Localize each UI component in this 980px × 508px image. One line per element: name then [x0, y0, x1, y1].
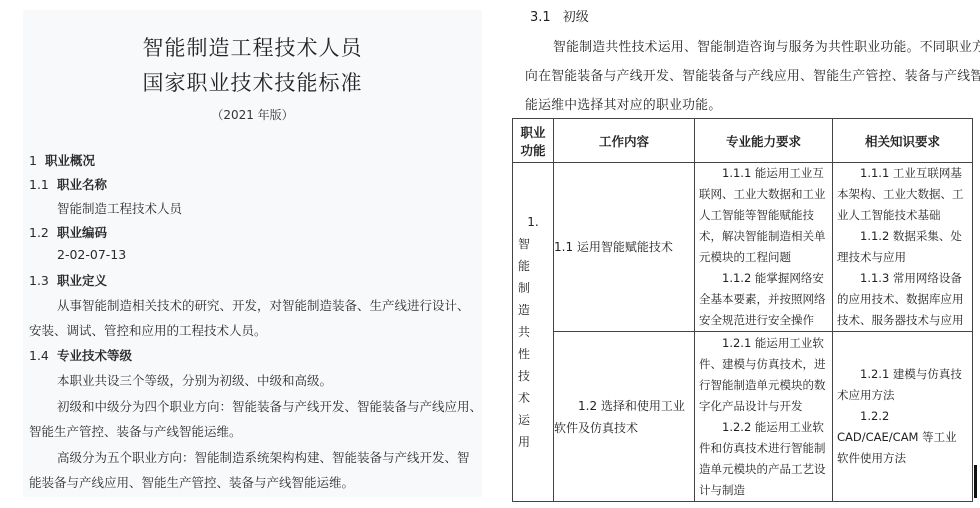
left-page-document: 智能制造工程技术人员 国家职业技术技能标准 （2021 年版） 1职业概况 1.… — [23, 10, 482, 497]
document-title-line2: 国家职业技术技能标准 — [23, 67, 482, 97]
occupation-code: 2-02-07-13 — [57, 247, 126, 262]
definition-line1: 从事智能制造相关技术的研究、开发，对智能制造装备、生产线进行设计、 — [57, 296, 470, 314]
directions-senior-line1: 高级分为五个职业方向：智能制造系统架构构建、智能装备与产线开发、智 — [57, 448, 470, 466]
document-title-line1: 智能制造工程技术人员 — [23, 32, 482, 62]
directions-junior-line1: 初级和中级分为四个职业方向：智能装备与产线开发、智能装备与产线应用、 — [57, 397, 482, 415]
table-row: 1.2 选择和使用工业软件及仿真技术 1.2.1 能运用工业软件、建模与仿真技术… — [513, 332, 973, 502]
section-heading-1-4: 1.4专业技术等级 — [29, 346, 132, 364]
work-content-cell: 1.1 运用智能赋能技术 — [554, 163, 695, 332]
section-heading-1-1: 1.1职业名称 — [29, 175, 107, 193]
table-header-row: 职业 功能 工作内容 专业能力要求 相关知识要求 — [513, 119, 973, 163]
text-cursor-bar — [974, 465, 977, 498]
section-heading-1: 1职业概况 — [29, 151, 95, 169]
intro-line1: 智能制造共性技术运用、智能制造咨询与服务为共性职业功能。不同职业方 — [553, 36, 980, 55]
section-heading-1-2: 1.2职业编码 — [29, 223, 107, 241]
occupation-name: 智能制造工程技术人员 — [57, 199, 182, 217]
table-row: 1. 智能制造共性技术运用 1.1 运用智能赋能技术 1.1.1 能运用工业互联… — [513, 163, 973, 332]
directions-junior-line2: 智能生产管控、装备与产线智能运维。 — [29, 422, 242, 440]
work-content-cell: 1.2 选择和使用工业软件及仿真技术 — [554, 332, 695, 502]
header-skill-requirements: 专业能力要求 — [695, 119, 833, 163]
document-version: （2021 年版） — [23, 106, 482, 123]
header-work-content: 工作内容 — [554, 119, 695, 163]
levels-line: 本职业共设三个等级，分别为初级、中级和高级。 — [57, 371, 332, 389]
competency-table: 职业 功能 工作内容 专业能力要求 相关知识要求 1. 智能制造共性技术运用 1… — [512, 118, 973, 502]
definition-line2: 安装、调试、管控和应用的工程技术人员。 — [29, 321, 267, 339]
skills-cell: 1.2.1 能运用工业软件、建模与仿真技术，进行智能制造单元模块的数字化产品设计… — [695, 332, 833, 502]
section-heading-3-1: 3.1初级 — [530, 6, 589, 25]
knowledge-cell: 1.2.1 建模与仿真技术应用方法 1.2.2 CAD/CAE/CAM 等工业软… — [833, 332, 973, 502]
function-label: 智能制造共性技术运用 — [518, 233, 548, 453]
header-knowledge-requirements: 相关知识要求 — [833, 119, 973, 163]
section-heading-1-3: 1.3职业定义 — [29, 271, 107, 289]
directions-senior-line2: 能装备与产线应用、智能生产管控、装备与产线智能运维。 — [29, 473, 354, 491]
function-cell: 1. 智能制造共性技术运用 — [513, 163, 554, 502]
knowledge-cell: 1.1.1 工业互联网基本架构、工业大数据、工业人工智能技术基础 1.1.2 数… — [833, 163, 973, 332]
header-function: 职业 功能 — [513, 119, 554, 163]
intro-line2: 向在智能装备与产线开发、智能装备与产线应用、智能生产管控、装备与产线智 — [525, 65, 980, 84]
intro-line3: 能运维中选择其对应的职业功能。 — [525, 94, 721, 113]
skills-cell: 1.1.1 能运用工业互联网、工业大数据和工业人工智能等智能赋能技术，解决智能制… — [695, 163, 833, 332]
